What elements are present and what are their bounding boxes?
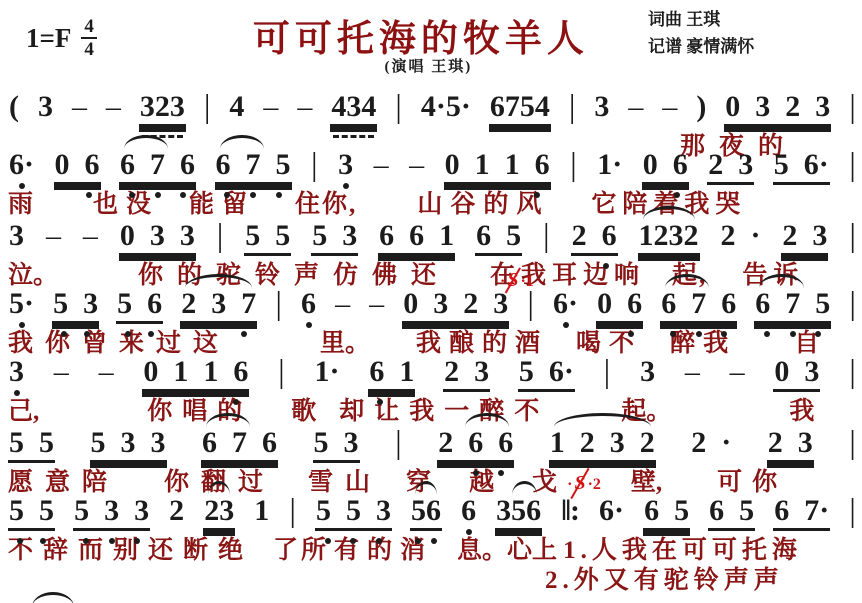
notes-row: (3––323|4––434|4·5·6754|3––)0 3 2 3| — [8, 90, 857, 125]
credit-transcriber: 记谱 豪情满怀 — [648, 33, 754, 60]
time-signature-top: 4 — [81, 16, 97, 39]
note-token: 6 5 — [475, 219, 522, 253]
note-text: 2 3 — [444, 355, 489, 388]
note-token: 5 6· — [773, 148, 830, 182]
note-text: | — [204, 89, 211, 125]
note-token: 0 1 1 6 — [142, 355, 249, 389]
octave-dot-row — [215, 192, 292, 198]
octave-dot — [498, 470, 504, 476]
note-token: 2 6 — [571, 219, 618, 253]
octave-dot-row — [315, 538, 392, 544]
note-token: 1 — [253, 494, 270, 528]
note-text: 6 7 6 — [120, 148, 195, 181]
notes-row: 5·5 35 62 3 7|6––0 3 2 3|6·0 66 7 66 7 5… — [8, 287, 857, 322]
note-token: 5· — [8, 287, 35, 321]
octave-dot-row — [660, 331, 737, 337]
octave-dot — [415, 538, 421, 544]
note-text: 2 3 — [708, 148, 753, 181]
dash-line: – — [53, 355, 70, 389]
note-token: 1· — [596, 148, 623, 182]
note-text: 2 3 7 — [181, 287, 256, 320]
note-text: | — [849, 218, 856, 254]
octave-dot — [670, 331, 676, 337]
note-text: 23 — [204, 494, 234, 527]
segno-label: ·1 — [520, 273, 533, 290]
dash-line: – — [105, 90, 122, 124]
note-token: 2 · — [719, 219, 761, 253]
lyrics-row: 2.外又有驼铃声声 — [8, 567, 857, 595]
note-text: | — [569, 89, 576, 125]
note-token: 5 5 — [8, 426, 55, 460]
octave-dot — [603, 263, 609, 269]
dash-line: – — [334, 287, 351, 321]
note-token: 5 3 — [311, 219, 358, 253]
note-token: 5 3 3 — [73, 494, 150, 528]
note-text: 3 — [9, 219, 24, 252]
note-text: 5 5 3 — [316, 494, 391, 527]
bar-line: | — [848, 287, 857, 322]
note-text: 1232 — [639, 219, 699, 252]
note-text: 0 3 — [774, 355, 819, 388]
note-token: 0 3 2 3 — [724, 90, 831, 124]
note-token: 2 — [168, 494, 185, 528]
note-text: – — [46, 219, 61, 252]
octave-dot — [376, 538, 382, 544]
octave-dot-row — [596, 331, 643, 337]
note-token: 1· — [314, 355, 341, 389]
note-text: 6 7 6 — [202, 426, 277, 459]
octave-dot — [83, 538, 89, 544]
dash-line: – — [729, 355, 746, 389]
octave-dot — [377, 399, 383, 405]
octave-dot-row — [8, 183, 35, 189]
note-text: 6· — [553, 287, 578, 320]
octave-dot — [343, 183, 349, 189]
bar-line: | — [848, 426, 857, 461]
octave-dot-row — [300, 322, 317, 328]
bar-line: | — [848, 90, 857, 125]
octave-dot-row — [754, 331, 831, 337]
note-text: 5 3 — [312, 219, 357, 252]
note-text: | — [543, 218, 550, 254]
bar-line: | — [216, 219, 225, 254]
note-token: 3 — [8, 219, 25, 253]
segno-mark: ·S·1 — [500, 269, 534, 292]
octave-dot — [466, 529, 472, 535]
note-token: 0 1 1 6 — [444, 148, 551, 182]
lyrics-row: 己,你唱的歌却让我一醉不起。我 — [8, 398, 857, 426]
note-text: 1 — [254, 494, 269, 527]
lyric-group: 泣。 — [8, 262, 58, 290]
notes-row: 5 55 3 36 7 65 3|2 6 61 2 3 22 ·2 3| — [8, 426, 857, 461]
octave-dot — [628, 331, 634, 337]
music-system-2: 6·0 66 7 66 7 5|3––0 1 1 6|1·0 62 35 6·|… — [8, 148, 857, 219]
bar-line: | — [542, 219, 551, 254]
lyric-group: 我 — [789, 398, 814, 426]
notes-row: 3––0 1 1 6|1·6 12 35 6·|3––0 3| — [8, 355, 857, 390]
note-token: 6 7 5 — [754, 287, 831, 321]
key-signature: 1=F 4 4 — [26, 16, 97, 60]
note-text: 6 5 — [709, 494, 754, 527]
note-token: 356 — [495, 494, 542, 528]
note-token: 2 3 — [767, 426, 814, 460]
octave-dot-row — [552, 322, 579, 328]
note-text: – — [369, 287, 384, 320]
octave-dot — [86, 192, 92, 198]
octave-dot — [250, 192, 256, 198]
octave-dot-row — [460, 529, 477, 535]
note-token: 6754 — [489, 90, 551, 124]
note-text: 6 6 1 — [379, 219, 454, 252]
note-text: 2 6 — [572, 219, 617, 252]
music-system-4: 5·5 35 62 3 7|6––0 3 2 3|6·0 66 7 66 7 5… — [8, 287, 857, 358]
octave-dot-row — [571, 263, 618, 269]
note-text: 3 — [9, 355, 24, 388]
octave-dot — [431, 538, 437, 544]
note-token: 0 6 — [54, 148, 101, 182]
note-text: | — [311, 147, 318, 183]
note-text: – — [263, 90, 278, 123]
note-text: | — [849, 89, 856, 125]
bar-line: | — [277, 355, 286, 390]
note-text: 2 — [169, 494, 184, 527]
note-token: 0 6 — [642, 148, 689, 182]
note-text: 5 3 — [53, 287, 98, 320]
note-text: 2 · — [691, 426, 731, 459]
octave-dot-row — [180, 331, 257, 337]
dash-line: – — [98, 355, 115, 389]
octave-dot-row — [52, 331, 99, 337]
note-text: – — [72, 90, 87, 123]
note-text: 6· — [599, 494, 624, 527]
note-text: 6 7 5 — [216, 148, 291, 181]
octave-dot — [134, 538, 140, 544]
time-signature-bottom: 4 — [81, 39, 97, 60]
parenthesis: ( — [8, 90, 20, 124]
note-text: | — [395, 89, 402, 125]
note-text: – — [662, 90, 677, 123]
octave-dot — [180, 192, 186, 198]
note-text: 4 — [229, 90, 244, 123]
note-text: 5 5 — [9, 426, 54, 459]
parenthesis: ) — [695, 90, 707, 124]
note-token: 3 — [593, 90, 610, 124]
octave-dot — [109, 538, 115, 544]
octave-dot — [40, 538, 46, 544]
segno-symbol: S — [572, 469, 587, 497]
note-token: 6 7 5 — [215, 148, 292, 182]
note-text: 56 — [411, 494, 441, 527]
note-text: 3 — [640, 355, 655, 388]
note-text: 3 — [38, 90, 53, 123]
note-text: 5 6 — [117, 287, 162, 320]
note-token: 5 3 — [313, 426, 360, 460]
note-token: 6 — [460, 494, 477, 528]
octave-dot-row — [8, 322, 35, 328]
note-token: 6 7 6 — [660, 287, 737, 321]
lyric-group: 歌 — [291, 398, 316, 426]
note-token: 2 6 6 — [437, 426, 514, 460]
note-text: 2 3 — [768, 426, 813, 459]
dash-line: – — [373, 148, 390, 182]
note-token: 0 6 — [596, 287, 643, 321]
note-text: – — [335, 287, 350, 320]
bar-line: | — [394, 90, 403, 125]
note-token: 5 3 3 — [90, 426, 167, 460]
octave-dot — [534, 192, 540, 198]
note-text: | — [849, 425, 856, 461]
note-token: 2 · — [690, 426, 732, 460]
performer-line: (演唱 王琪) — [384, 55, 472, 76]
note-token: 2 3 — [707, 148, 754, 182]
octave-dot-row — [437, 470, 514, 476]
note-text: 0 6 — [597, 287, 642, 320]
octave-dot — [84, 331, 90, 337]
note-text: 5 3 — [314, 426, 359, 459]
note-token: 2 3 7 — [180, 287, 257, 321]
note-token: 6· — [598, 494, 625, 528]
note-token: 5 6· — [518, 355, 575, 389]
note-text: – — [106, 90, 121, 123]
note-token: 3 — [639, 355, 656, 389]
music-system-7: 5 55 3 32231|5 5 3566356‖:6·6 56 56 7·|不… — [8, 494, 857, 595]
octave-dot — [306, 322, 312, 328]
note-token: 6 5 — [708, 494, 755, 528]
song-title: 可可托海的牧羊人 — [253, 8, 589, 62]
note-token: 1 2 3 2 — [549, 426, 656, 460]
note-token: 5 6 — [116, 287, 163, 321]
octave-dot — [276, 192, 282, 198]
lyric-group: 雨 — [8, 191, 33, 219]
notes-row: 3––0 3 3|5 55 36 6 16 5|2 612322 ·2 3| — [8, 219, 857, 254]
note-token: 5 5 — [8, 494, 55, 528]
note-text: 5 6· — [774, 148, 829, 181]
octave-dot-row — [642, 192, 689, 198]
octave-dot — [563, 322, 569, 328]
note-token: 0 3 — [773, 355, 820, 389]
octave-dot — [241, 331, 247, 337]
dash-line: – — [684, 355, 701, 389]
note-text: 2 3 — [782, 219, 827, 252]
note-text: 4·5· — [421, 90, 471, 123]
octave-dot — [790, 331, 796, 337]
octave-dot-row — [73, 538, 150, 544]
bar-line: | — [569, 148, 578, 183]
dash-line: – — [296, 90, 313, 124]
note-token: 6 1 — [368, 355, 415, 389]
notes-row: 6·0 66 7 66 7 5|3––0 1 1 6|1·0 62 35 6·| — [8, 148, 857, 183]
note-text: 0 3 2 3 — [725, 90, 830, 123]
dash-line: – — [408, 148, 425, 182]
octave-dot-row — [116, 331, 163, 337]
lyric-group: 2.外又有驼铃声声 — [545, 567, 784, 595]
note-text: – — [297, 90, 312, 123]
note-token: 1232 — [638, 219, 700, 253]
octave-dot — [721, 331, 727, 337]
octave-dot — [224, 192, 230, 198]
octave-dot — [233, 399, 239, 405]
note-text: – — [685, 355, 700, 388]
note-text: 5 3 3 — [74, 494, 149, 527]
octave-dot-row — [8, 390, 25, 396]
octave-dot — [148, 331, 154, 337]
note-text: 3 — [594, 90, 609, 123]
note-text: 0 3 2 3 — [403, 287, 508, 320]
note-text: – — [730, 355, 745, 388]
sheet-music-page: 1=F 4 4 可可托海的牧羊人 词曲 王琪 记谱 豪情满怀 (演唱 王琪) (… — [0, 0, 862, 603]
bar-line: | — [310, 148, 319, 183]
dash-line: – — [262, 90, 279, 124]
octave-dot — [129, 192, 135, 198]
bar-line: | — [848, 355, 857, 390]
bar-line: | — [526, 287, 535, 322]
repeat-sign: ‖: — [560, 494, 580, 528]
note-text: 6 5 — [644, 494, 689, 527]
notes-row: 5 55 3 32231|5 5 3566356‖:6·6 56 56 7·| — [8, 494, 857, 529]
note-text: ( — [9, 90, 19, 123]
dash-line: – — [627, 90, 644, 124]
note-text: – — [99, 355, 114, 388]
octave-dot — [674, 192, 680, 198]
music-system-5: 3––0 1 1 6|1·6 12 35 6·|3––0 3|己,你唱的歌却让我… — [8, 355, 857, 426]
note-text: | — [217, 218, 224, 254]
note-text: 6 — [461, 494, 476, 527]
note-text: | — [570, 147, 577, 183]
bar-line: | — [288, 494, 297, 529]
note-token: 6 7 6 — [201, 426, 278, 460]
time-signature: 4 4 — [81, 16, 97, 60]
dash-line: – — [45, 219, 62, 253]
bar-line: | — [848, 148, 857, 183]
note-token: 5 3 — [52, 287, 99, 321]
note-text: – — [83, 219, 98, 252]
note-text: | — [604, 354, 611, 390]
note-token: 56 — [410, 494, 442, 528]
octave-dot-row — [368, 399, 415, 405]
note-text: – — [628, 90, 643, 123]
octave-dot — [325, 538, 331, 544]
note-text: ‖: — [561, 494, 579, 527]
note-token: 6· — [8, 148, 35, 182]
bar-line: | — [274, 287, 283, 322]
octave-dot-row — [444, 192, 551, 198]
note-token: 3 — [8, 355, 25, 389]
bar-line: | — [568, 90, 577, 125]
note-text: 0 6 — [643, 148, 688, 181]
note-token: 5 5 3 — [315, 494, 392, 528]
note-text: | — [395, 425, 402, 461]
lyric-group: 我酿的酒 — [416, 330, 548, 358]
note-text: – — [409, 148, 424, 181]
dash-line: – — [368, 287, 385, 321]
note-text: 6 — [301, 287, 316, 320]
dash-line: – — [661, 90, 678, 124]
octave-dot-row — [142, 399, 249, 405]
lyric-group: 息。心上 — [457, 537, 557, 565]
note-token: 6 — [300, 287, 317, 321]
note-text: 6 7· — [774, 494, 829, 527]
note-text: 434 — [331, 90, 376, 123]
note-text: 6754 — [490, 90, 550, 123]
note-text: 0 1 1 6 — [445, 148, 550, 181]
octave-dot — [815, 331, 821, 337]
note-text: 323 — [140, 90, 185, 123]
note-token: 6 5 — [643, 494, 690, 528]
music-system-3: 3––0 3 3|5 55 36 6 16 5|2 612322 ·2 3|泣。… — [8, 219, 857, 290]
note-text: – — [54, 355, 69, 388]
note-token: 6 6 1 — [378, 219, 455, 253]
note-text: – — [374, 148, 389, 181]
note-text: 1· — [597, 148, 622, 181]
credits: 词曲 王琪 记谱 豪情满怀 — [648, 6, 754, 60]
note-text: 3 — [338, 148, 353, 181]
octave-dot-row — [54, 192, 101, 198]
note-token: 23 — [203, 494, 235, 528]
octave-dot-row — [337, 183, 354, 189]
note-token: 323 — [139, 90, 186, 124]
note-text: 6· — [9, 148, 34, 181]
octave-dot — [155, 192, 161, 198]
note-token: 0 3 2 3 — [402, 287, 509, 321]
note-token: 5 5 — [244, 219, 291, 253]
lyric-group: 1.人我在可可托海 — [563, 537, 802, 565]
note-text: | — [278, 354, 285, 390]
segno-label: ·2 — [588, 476, 601, 493]
lyric-group: 了 — [273, 537, 298, 565]
note-text: 5 3 3 — [91, 426, 166, 459]
octave-dot — [19, 322, 25, 328]
note-text: 1 2 3 2 — [550, 426, 655, 459]
lyrics-row: 泣。你的驼铃声仿佛还在我耳边响起,告诉 — [8, 262, 857, 290]
note-text: | — [275, 286, 282, 322]
note-text: 0 6 — [55, 148, 100, 181]
octave-dot-row — [119, 192, 196, 198]
note-token: 3 — [337, 148, 354, 182]
note-text: 1· — [315, 355, 340, 388]
note-text: ) — [696, 90, 706, 123]
octave-dot — [473, 470, 479, 476]
octave-dot — [125, 331, 131, 337]
note-text: 6 7 6 — [661, 287, 736, 320]
octave-dot — [764, 331, 770, 337]
note-token: 2 3 — [781, 219, 828, 253]
octave-dot — [696, 331, 702, 337]
note-text: 5 6· — [519, 355, 574, 388]
octave-dot — [350, 538, 356, 544]
lyric-group: 己, — [8, 398, 39, 426]
note-token: 4·5· — [420, 90, 472, 124]
octave-dot-row — [8, 538, 55, 544]
octave-dot — [19, 183, 25, 189]
note-text: 5· — [9, 287, 34, 320]
bar-line: | — [203, 90, 212, 125]
note-token: 6 7· — [773, 494, 830, 528]
credit-composer: 词曲 王琪 — [648, 6, 754, 33]
dash-line: – — [71, 90, 88, 124]
note-token: 2 3 — [443, 355, 490, 389]
note-token: 6 7 6 — [119, 148, 196, 182]
note-token: 6· — [552, 287, 579, 321]
octave-dot — [14, 390, 20, 396]
octave-dot — [17, 538, 23, 544]
note-text: 5 5 — [245, 219, 290, 252]
note-text: 6 1 — [369, 355, 414, 388]
note-token: 0 3 3 — [119, 219, 196, 253]
note-text: 356 — [496, 494, 541, 527]
lyric-group: 住你, — [295, 191, 357, 219]
note-text: 6 7 5 — [755, 287, 830, 320]
note-token: 3 — [37, 90, 54, 124]
